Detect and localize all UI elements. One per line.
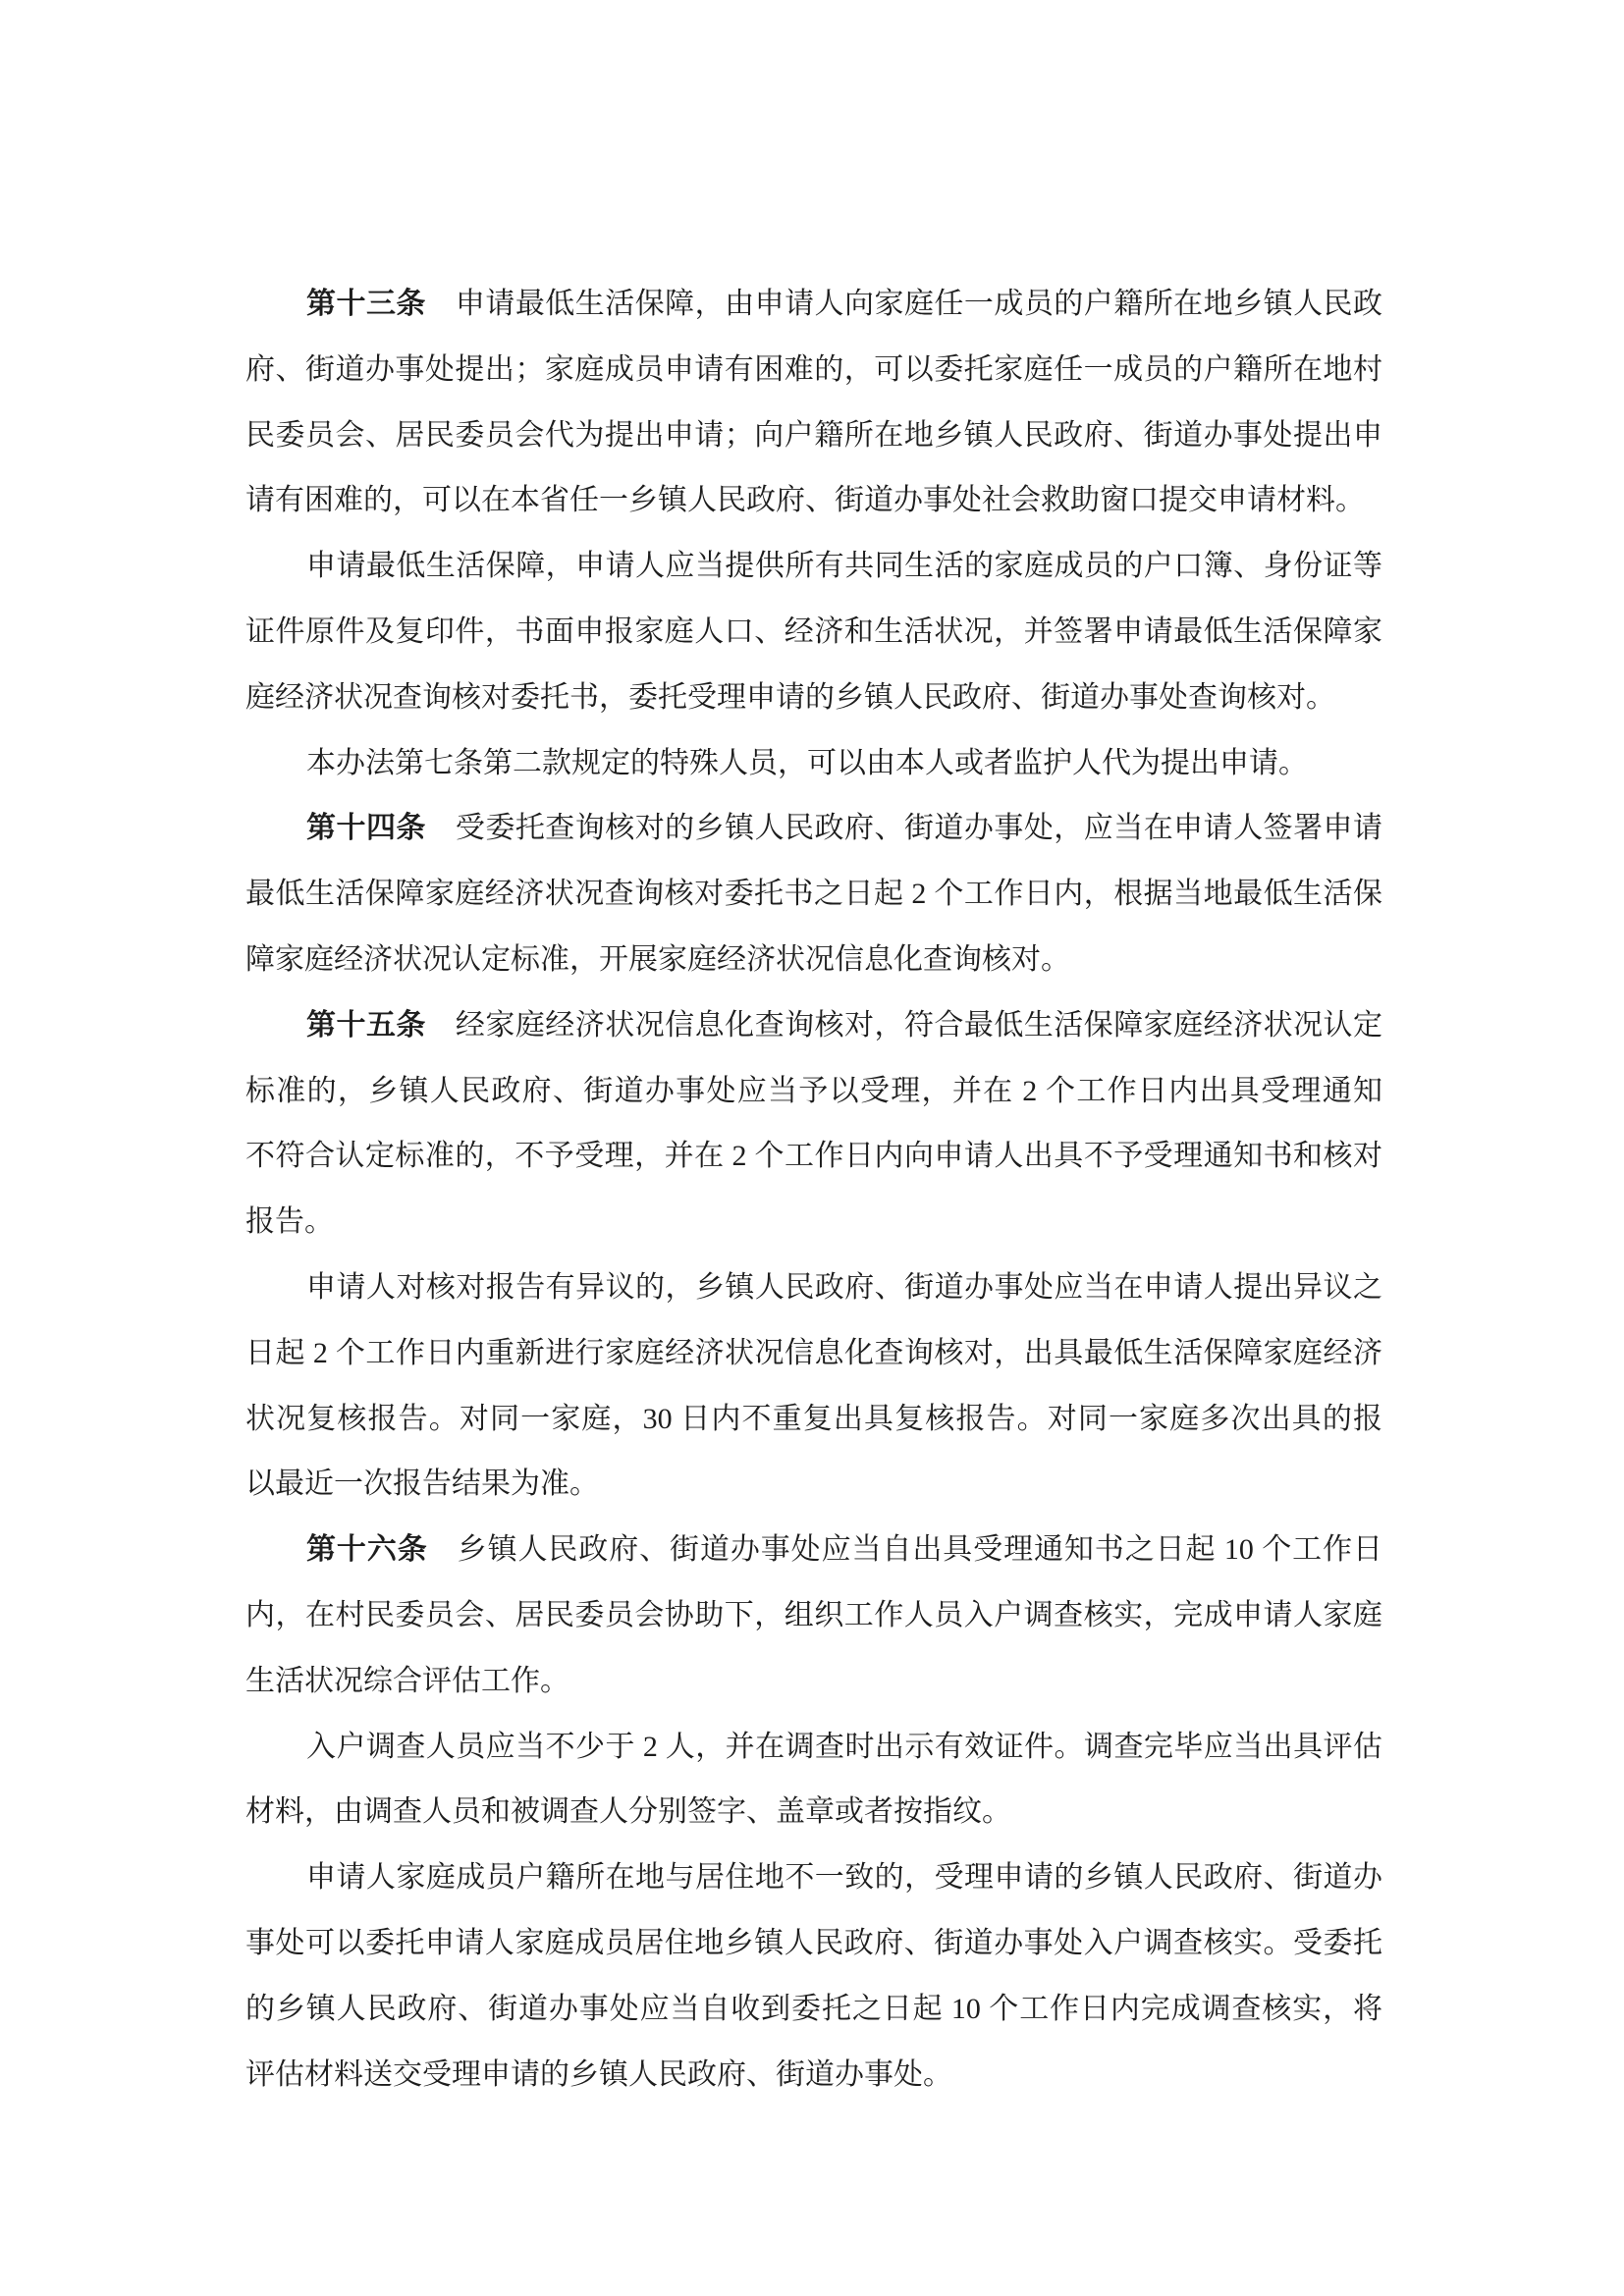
document-body: 第十三条申请最低生活保障，由申请人向家庭任一成员的户籍所在地乡镇人民政府、街道办… <box>245 272 1382 2108</box>
article-number: 第十六条 <box>306 1533 428 1566</box>
text-line: 申请人对核对报告有异议的，乡镇人民政府、街道办事处应当在申请人提出异议之 <box>245 1255 1382 1321</box>
text-line: 第十五条经家庭经济状况信息化查询核对，符合最低生活保障家庭经济状况认定 <box>245 993 1382 1059</box>
text-line: 的乡镇人民政府、街道办事处应当自收到委托之日起 10 个工作日内完成调查核实，将 <box>245 1977 1382 2043</box>
article-number: 第十三条 <box>306 288 426 320</box>
text-line: 请有困难的，可以在本省任一乡镇人民政府、街道办事处社会救助窗口提交申请材料。 <box>245 468 1382 534</box>
text-line: 本办法第七条第二款规定的特殊人员，可以由本人或者监护人代为提出申请。 <box>245 731 1382 797</box>
text-line: 材料，由调查人员和被调查人分别签字、盖章或者按指纹。 <box>245 1780 1382 1845</box>
document-page: 第十三条申请最低生活保障，由申请人向家庭任一成员的户籍所在地乡镇人民政府、街道办… <box>0 0 1624 2296</box>
text-line: 日起 2 个工作日内重新进行家庭经济状况信息化查询核对，出具最低生活保障家庭经济 <box>245 1321 1382 1387</box>
paragraph: 本办法第七条第二款规定的特殊人员，可以由本人或者监护人代为提出申请。 <box>245 731 1382 797</box>
text-line: 申请最低生活保障，申请人应当提供所有共同生活的家庭成员的户口簿、身份证等 <box>245 534 1382 600</box>
text-line: 报告。 <box>245 1190 1382 1255</box>
paragraph: 申请最低生活保障，申请人应当提供所有共同生活的家庭成员的户口簿、身份证等证件原件… <box>245 534 1382 730</box>
paragraph: 第十六条乡镇人民政府、街道办事处应当自出具受理通知书之日起 10 个工作日内，在… <box>245 1518 1382 1714</box>
text-line: 生活状况综合评估工作。 <box>245 1649 1382 1715</box>
paragraph: 申请人家庭成员户籍所在地与居住地不一致的，受理申请的乡镇人民政府、街道办事处可以… <box>245 1845 1382 2108</box>
text-line: 最低生活保障家庭经济状况查询核对委托书之日起 2 个工作日内，根据当地最低生活保 <box>245 862 1382 928</box>
text-line: 评估材料送交受理申请的乡镇人民政府、街道办事处。 <box>245 2043 1382 2109</box>
paragraph: 第十三条申请最低生活保障，由申请人向家庭任一成员的户籍所在地乡镇人民政府、街道办… <box>245 272 1382 534</box>
text-line: 第十六条乡镇人民政府、街道办事处应当自出具受理通知书之日起 10 个工作日 <box>245 1518 1382 1583</box>
text-line: 第十三条申请最低生活保障，由申请人向家庭任一成员的户籍所在地乡镇人民政 <box>245 272 1382 338</box>
text-line: 标准的，乡镇人民政府、街道办事处应当予以受理，并在 2 个工作日内出具受理通知书… <box>245 1059 1382 1125</box>
text-line: 府、街道办事处提出；家庭成员申请有困难的，可以委托家庭任一成员的户籍所在地村 <box>245 338 1382 403</box>
paragraph: 入户调查人员应当不少于 2 人，并在调查时出示有效证件。调查完毕应当出具评估材料… <box>245 1715 1382 1846</box>
text-line: 以最近一次报告结果为准。 <box>245 1452 1382 1518</box>
text-line: 第十四条受委托查询核对的乡镇人民政府、街道办事处，应当在申请人签署申请 <box>245 796 1382 862</box>
text-line: 不符合认定标准的，不予受理，并在 2 个工作日内向申请人出具不予受理通知书和核对 <box>245 1124 1382 1190</box>
text-line: 申请人家庭成员户籍所在地与居住地不一致的，受理申请的乡镇人民政府、街道办 <box>245 1845 1382 1911</box>
text-line: 入户调查人员应当不少于 2 人，并在调查时出示有效证件。调查完毕应当出具评估 <box>245 1715 1382 1781</box>
paragraph: 第十五条经家庭经济状况信息化查询核对，符合最低生活保障家庭经济状况认定标准的，乡… <box>245 993 1382 1255</box>
text-line: 障家庭经济状况认定标准，开展家庭经济状况信息化查询核对。 <box>245 928 1382 993</box>
text-line: 状况复核报告。对同一家庭，30 日内不重复出具复核报告。对同一家庭多次出具的报告… <box>245 1387 1382 1453</box>
paragraph: 第十四条受委托查询核对的乡镇人民政府、街道办事处，应当在申请人签署申请最低生活保… <box>245 796 1382 992</box>
text-line: 民委员会、居民委员会代为提出申请；向户籍所在地乡镇人民政府、街道办事处提出申 <box>245 403 1382 469</box>
text-line: 庭经济状况查询核对委托书，委托受理申请的乡镇人民政府、街道办事处查询核对。 <box>245 666 1382 731</box>
paragraph: 申请人对核对报告有异议的，乡镇人民政府、街道办事处应当在申请人提出异议之日起 2… <box>245 1255 1382 1518</box>
article-number: 第十五条 <box>306 1009 426 1041</box>
article-number: 第十四条 <box>306 812 426 844</box>
text-line: 证件原件及复印件，书面申报家庭人口、经济和生活状况，并签署申请最低生活保障家 <box>245 600 1382 666</box>
text-line: 事处可以委托申请人家庭成员居住地乡镇人民政府、街道办事处入户调查核实。受委托 <box>245 1911 1382 1977</box>
text-line: 内，在村民委员会、居民委员会协助下，组织工作人员入户调查核实，完成申请人家庭 <box>245 1583 1382 1649</box>
